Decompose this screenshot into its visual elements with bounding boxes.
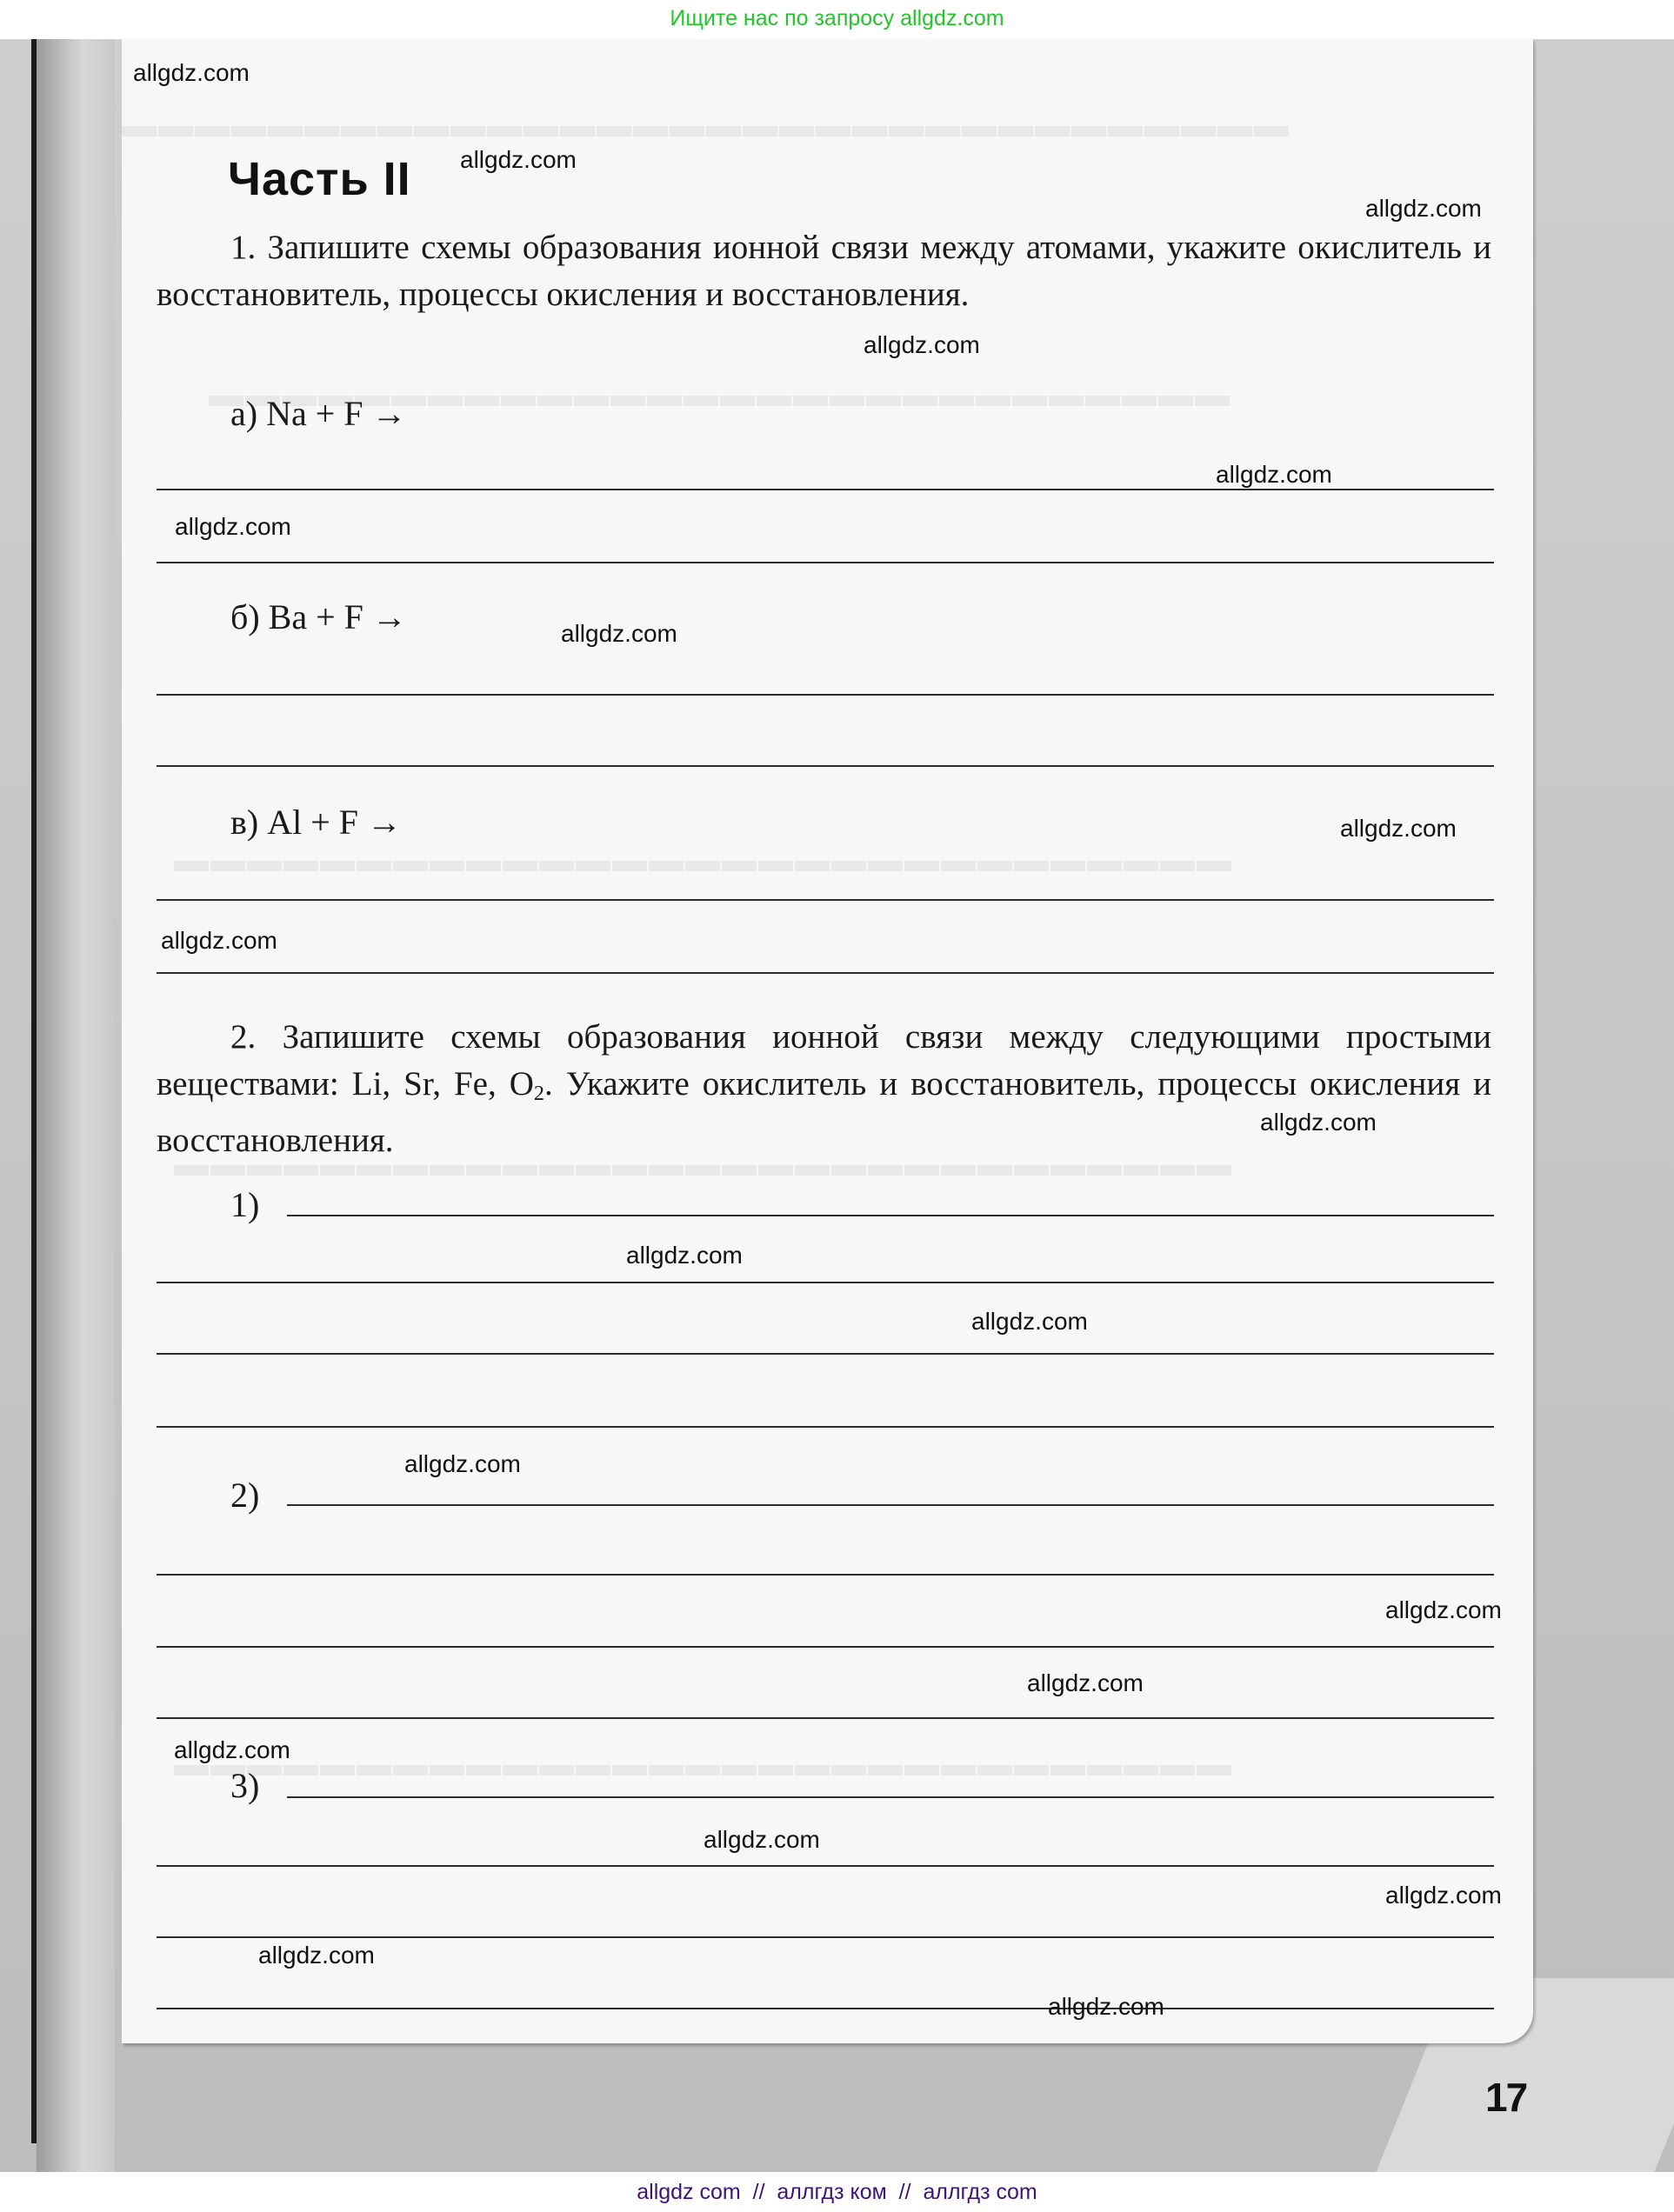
book-spine-shade xyxy=(37,39,115,2172)
top-banner-text: Ищите нас по запросу allgdz.com xyxy=(670,6,1004,30)
watermark: allgdz.com xyxy=(460,146,577,174)
task-2-item-2: 2) xyxy=(230,1475,259,1516)
task-2-number: 2. xyxy=(230,1018,256,1056)
answer-line[interactable] xyxy=(287,1504,1494,1506)
answer-line[interactable] xyxy=(157,765,1494,767)
item-equation: Al + F → xyxy=(267,803,402,842)
watermark: allgdz.com xyxy=(626,1242,743,1269)
task-1-item-b: б) Ba + F → xyxy=(230,596,407,637)
item-label: б) xyxy=(230,597,260,636)
answer-line[interactable] xyxy=(157,2008,1494,2009)
answer-line[interactable] xyxy=(287,1796,1494,1798)
item-equation: Na + F → xyxy=(266,394,406,433)
answer-line[interactable] xyxy=(157,1353,1494,1355)
watermark: allgdz.com xyxy=(175,513,291,541)
watermark: allgdz.com xyxy=(1260,1109,1377,1136)
item-label: а) xyxy=(230,394,257,433)
book-spine xyxy=(31,39,37,2143)
answer-line[interactable] xyxy=(157,1936,1494,1938)
task-2-subscript: 2 xyxy=(534,1082,544,1105)
watermark: allgdz.com xyxy=(1048,1993,1164,2021)
watermark: allgdz.com xyxy=(1385,1882,1502,1909)
item-equation: Ba + F → xyxy=(269,597,407,636)
answer-line[interactable] xyxy=(157,899,1494,901)
answer-line[interactable] xyxy=(157,489,1494,490)
watermark: allgdz.com xyxy=(258,1942,375,1969)
bleed-through-text: ▬▬▬▬▬▬▬▬▬▬▬▬▬▬▬▬▬▬▬▬▬▬▬▬▬▬▬▬▬ xyxy=(174,839,1233,880)
answer-line[interactable] xyxy=(157,1282,1494,1283)
task-1-number: 1. xyxy=(230,229,256,266)
watermark: allgdz.com xyxy=(1340,815,1457,843)
item-label: 2) xyxy=(230,1476,259,1515)
task-1-instruction: 1. Запишите схемы образования ионной свя… xyxy=(157,224,1491,318)
task-2-item-1: 1) xyxy=(230,1184,259,1225)
watermark: allgdz.com xyxy=(1027,1669,1144,1697)
answer-line[interactable] xyxy=(157,972,1494,974)
bleed-through-text: ▬▬▬▬▬▬▬▬▬▬▬▬▬▬▬▬▬▬▬▬▬▬▬▬▬▬▬▬▬▬▬▬ xyxy=(122,104,1291,145)
watermark: allgdz.com xyxy=(133,59,250,87)
task-2-instruction: 2. Запишите схемы образования ионной свя… xyxy=(157,1014,1491,1164)
answer-line[interactable] xyxy=(157,694,1494,696)
task-1-item-a: а) Na + F → xyxy=(230,393,407,434)
answer-line[interactable] xyxy=(157,1646,1494,1648)
bottom-banner-text: allgdz com // аллгдз ком // аллгдз com xyxy=(637,2180,1037,2204)
item-label: 3) xyxy=(230,1766,259,1805)
watermark: allgdz.com xyxy=(561,620,677,648)
task-2-item-3: 3) xyxy=(230,1765,259,1806)
watermark: allgdz.com xyxy=(404,1450,521,1478)
answer-line[interactable] xyxy=(157,1574,1494,1576)
watermark: allgdz.com xyxy=(161,927,277,955)
watermark: allgdz.com xyxy=(704,1826,820,1854)
top-banner: Ищите нас по запросу allgdz.com xyxy=(0,0,1674,39)
watermark: allgdz.com xyxy=(174,1736,290,1764)
page-number: 17 xyxy=(1485,2074,1526,2121)
answer-line[interactable] xyxy=(287,1215,1494,1216)
watermark: allgdz.com xyxy=(971,1308,1088,1336)
task-1-text: Запишите схемы образования ионной связи … xyxy=(157,229,1491,313)
watermark: allgdz.com xyxy=(864,331,980,359)
answer-line[interactable] xyxy=(157,1717,1494,1719)
bleed-through-text: ▬▬▬▬▬▬▬▬▬▬▬▬▬▬▬▬▬▬▬▬▬▬▬▬▬▬▬▬▬ xyxy=(174,1743,1233,1784)
answer-line[interactable] xyxy=(157,1426,1494,1428)
watermark: allgdz.com xyxy=(1365,195,1482,223)
watermark: allgdz.com xyxy=(1385,1596,1502,1624)
item-label: 1) xyxy=(230,1185,259,1224)
bottom-banner: allgdz com // аллгдз ком // аллгдз com xyxy=(0,2172,1674,2212)
page-title: Часть II xyxy=(228,152,411,206)
item-label: в) xyxy=(230,803,258,842)
answer-line[interactable] xyxy=(157,562,1494,563)
answer-line[interactable] xyxy=(157,1865,1494,1867)
watermark: allgdz.com xyxy=(1216,461,1332,489)
task-1-item-c: в) Al + F → xyxy=(230,802,402,843)
